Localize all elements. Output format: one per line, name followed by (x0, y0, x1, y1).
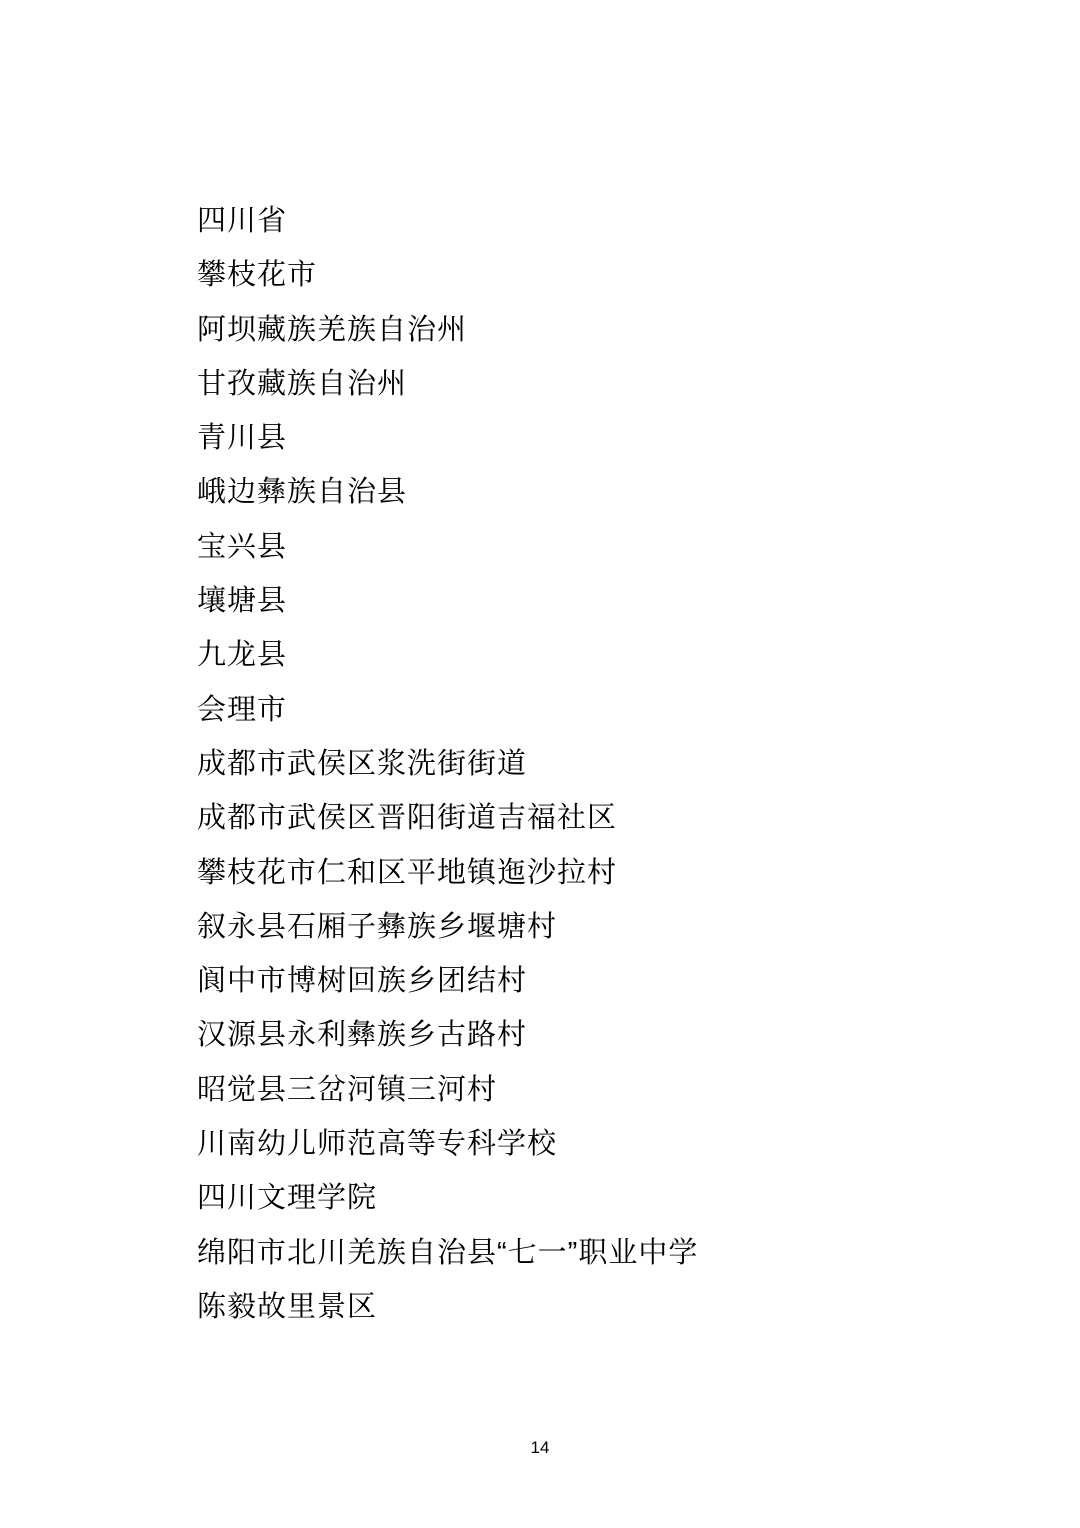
list-item: 汉源县永利彝族乡古路村 (197, 1008, 698, 1062)
list-item: 宝兴县 (197, 520, 698, 574)
list-item: 叙永县石厢子彝族乡堰塘村 (197, 900, 698, 954)
page-number: 14 (0, 1438, 1080, 1458)
list-item: 九龙县 (197, 628, 698, 682)
entry-list: 四川省 攀枝花市 阿坝藏族羌族自治州 甘孜藏族自治州 青川县 峨边彝族自治县 宝… (197, 194, 698, 1334)
document-page: 四川省 攀枝花市 阿坝藏族羌族自治州 甘孜藏族自治州 青川县 峨边彝族自治县 宝… (0, 0, 1080, 1528)
list-item: 阿坝藏族羌族自治州 (197, 303, 698, 357)
list-item: 四川省 (197, 194, 698, 248)
list-item: 峨边彝族自治县 (197, 465, 698, 519)
list-item: 四川文理学院 (197, 1171, 698, 1225)
list-item: 壤塘县 (197, 574, 698, 628)
list-item: 青川县 (197, 411, 698, 465)
list-item: 攀枝花市仁和区平地镇迤沙拉村 (197, 846, 698, 900)
list-item: 昭觉县三岔河镇三河村 (197, 1063, 698, 1117)
list-item: 甘孜藏族自治州 (197, 357, 698, 411)
list-item: 绵阳市北川羌族自治县“七一”职业中学 (197, 1226, 698, 1280)
list-item: 会理市 (197, 683, 698, 737)
list-item: 川南幼儿师范高等专科学校 (197, 1117, 698, 1171)
list-item: 成都市武侯区晋阳街道吉福社区 (197, 791, 698, 845)
list-item: 阆中市博树回族乡团结村 (197, 954, 698, 1008)
list-item: 陈毅故里景区 (197, 1280, 698, 1334)
list-item: 攀枝花市 (197, 248, 698, 302)
list-item: 成都市武侯区浆洗街街道 (197, 737, 698, 791)
